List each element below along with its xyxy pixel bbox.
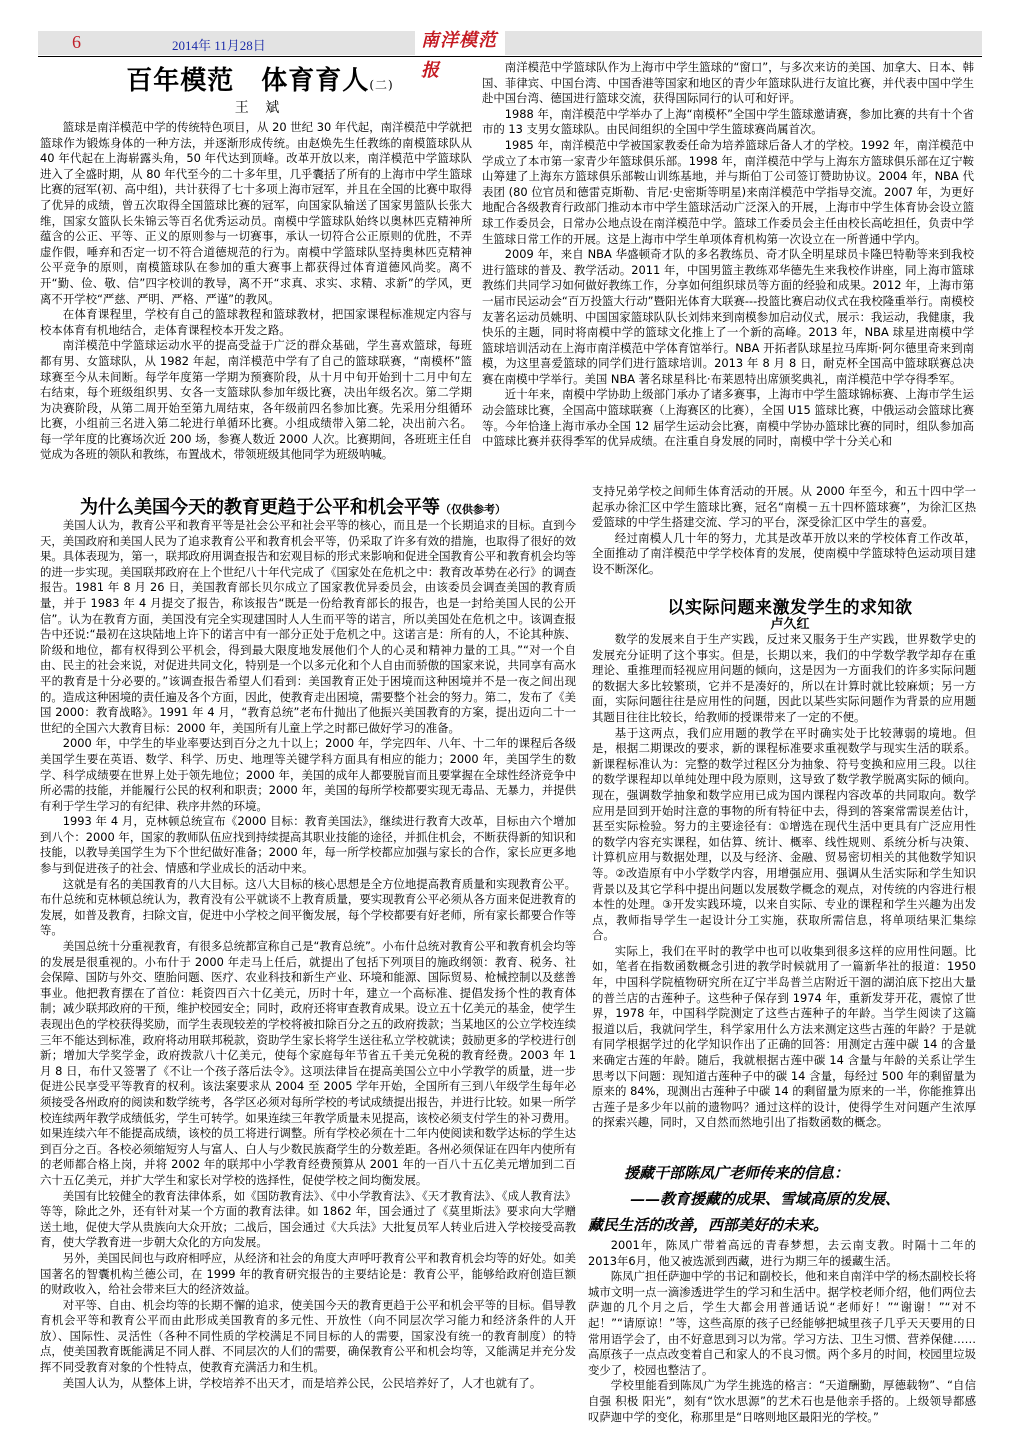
article4-title-line1: 援藏干部陈凤广老师传来的信息：: [588, 1160, 988, 1186]
paragraph: 2001年，陈凤广带着高远的青春梦想，去云南支教。时隔十二年的2013年6月，他…: [588, 1238, 976, 1269]
paragraph: 学校里能看到陈凤广为学生挑选的格言：“天道酬勤，厚德载物”、“自信 自强 积极 …: [588, 1378, 976, 1425]
article4-title: 援藏干部陈凤广老师传来的信息： ——教育援藏的成果、雪域高原的发展、 藏民生活的…: [588, 1160, 988, 1238]
paragraph: 数学的发展来自于生产实践，反过来又服务于生产实践，世界数学史的发展充分证明了这个…: [592, 632, 976, 726]
paragraph: 基于这两点，我们应用题的教学在平时确实处于比较薄弱的境地。但是，根据二期课改的要…: [592, 726, 976, 944]
paragraph: 1993 年 4 月，克林顿总统宣布《2000 目标：教育美国法》，继续进行教育…: [40, 814, 576, 876]
article1-title: 百年模范 体育育人(二): [100, 60, 420, 97]
paragraph: 实际上，我们在平时的教学中也可以收集到很多这样的应用性问题。比如，笔者在指数函数…: [592, 944, 976, 1131]
paragraph: 2000 年，中学生的毕业率要达到百分之九十以上；2000 年，学完四年、八年、…: [40, 736, 576, 814]
paragraph: 经过南模人几十年的努力，尤其是改革开放以来的学校体育工作改革，全面推动了南洋模范…: [592, 531, 976, 578]
paragraph: 1985 年，南洋模范中学被国家教委任命为培养篮球后备人才的学校。1992 年，…: [482, 138, 974, 247]
paragraph: 南洋模范中学篮球运动水平的提高受益于广泛的群众基础，学生喜欢篮球，每班都有男、女…: [40, 338, 472, 463]
article1-left-column: 篮球是南洋模范中学的传统特色项目，从 20 世纪 30 年代起，南洋模范中学就把…: [40, 120, 472, 463]
issue-date: 2014年 11月28日: [172, 35, 266, 54]
article1-author: 王 斌: [160, 97, 360, 117]
paragraph: 南洋模范中学篮球队作为上海市中学生篮球的“窗口”，与多次来访的美国、加拿大、日本…: [482, 60, 974, 107]
paragraph: 对平等、自由、机会均等的长期不懈的追求，使美国今天的教育更趋于公平和机会平等的目…: [40, 1298, 576, 1376]
paragraph: 在体育课程里，学校有自己的篮球教程和篮球教材，把国家课程标准规定内容与校本体育有…: [40, 307, 472, 338]
article1-title-text: 百年模范 体育育人: [126, 66, 369, 96]
article1-right-column: 南洋模范中学篮球队作为上海市中学生篮球的“窗口”，与多次来访的美国、加拿大、日本…: [482, 60, 974, 450]
article2-body: 美国人认为，教育公平和教育平等是社会公平和社会平等的核心，而且是一个长期追求的目…: [40, 518, 576, 1391]
article1-title-suffix: (二): [369, 78, 393, 92]
article2-title-text: 为什么美国今天的教育更趋于公平和机会平等: [80, 497, 440, 518]
paragraph: 美国人认为，从整体上讲，学校培养不出天才，而是培养公民，公民培养好了，人才也就有…: [40, 1376, 576, 1392]
article1-continued-column: 支持兄弟学校之间师生体育活动的开展。从 2000 年至今，和五十四中学一起承办徐…: [592, 484, 976, 578]
paragraph: 篮球是南洋模范中学的传统特色项目，从 20 世纪 30 年代起，南洋模范中学就把…: [40, 120, 472, 307]
newspaper-masthead-logo: 南洋模范报: [415, 26, 505, 56]
header-divider: [38, 56, 982, 57]
page-number: 6: [72, 32, 81, 53]
article4-title-line3: 藏民生活的改善，西部美好的未来。: [588, 1212, 988, 1238]
article2-title-note: （仅供参考）: [440, 503, 506, 516]
paragraph: 支持兄弟学校之间师生体育活动的开展。从 2000 年至今，和五十四中学一起承办徐…: [592, 484, 976, 531]
paragraph: 美国总统十分重视教育，有很多总统都宣称自己是“教育总统”。小布什总统对教育公平和…: [40, 939, 576, 1189]
paragraph: 近十年来，南模中学协助上级部门承办了诸多赛事，上海市中学生篮球锦标赛、上海市学生…: [482, 387, 974, 449]
paragraph: 1988 年，南洋模范中学举办了上海“南模杯”全国中学生篮球邀请赛，参加比赛的共…: [482, 107, 974, 138]
paragraph: 美国人认为，教育公平和教育平等是社会公平和社会平等的核心，而且是一个长期追求的目…: [40, 518, 576, 736]
paragraph: 这就是有名的美国教育的八大目标。这八大目标的核心思想是全方位地提高教育质量和实现…: [40, 877, 576, 939]
article4-title-line2: ——教育援藏的成果、雪域高原的发展、: [588, 1186, 988, 1212]
paragraph: 陈凤广担任萨迦中学的书记和副校长，他和来自南洋中学的杨杰副校长将城市文明一点一滴…: [588, 1269, 976, 1378]
article2-title: 为什么美国今天的教育更趋于公平和机会平等（仅供参考）: [70, 493, 600, 519]
paragraph: 美国有比较健全的教育法律体系，如《国防教育法》、《中小学教育法》、《天才教育法》…: [40, 1189, 576, 1251]
article4-body: 2001年，陈凤广带着高远的青春梦想，去云南支教。时隔十二年的2013年6月，他…: [588, 1238, 976, 1425]
paragraph: 另外，美国民间也与政府相呼应，从经济和社会的角度大声呼吁教育公平和教育机会均等的…: [40, 1251, 576, 1298]
paragraph: 2009 年，来自 NBA 华盛顿奇才队的多名教练员、奇才队全明星球员卡隆巴特勒…: [482, 247, 974, 387]
article3-author: 卢久红: [590, 613, 990, 632]
article3-body: 数学的发展来自于生产实践，反过来又服务于生产实践，世界数学史的发展充分证明了这个…: [592, 632, 976, 1131]
